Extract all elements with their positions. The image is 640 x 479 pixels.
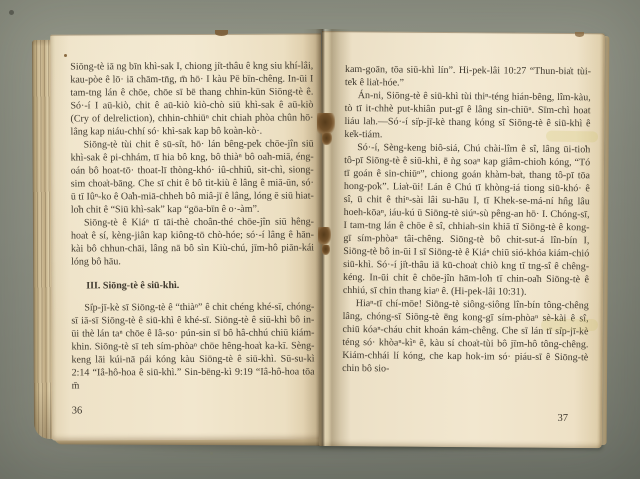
paragraph: Só·-í, Sèng-keng biô-siá, Chú chài-lîm ê…	[343, 141, 590, 299]
page-number-left: 36	[72, 405, 83, 416]
paragraph: Siōng-tè tùi chit ê sū-si̍t, hō· lán bên…	[71, 137, 314, 216]
paragraph: Án-ni, Siōng-tè ê siū-khì tùi thiⁿ-téng …	[344, 89, 590, 143]
paragraph: Siōng-tè iā ng bīn khì-sak I, chiong ji̍…	[70, 59, 313, 138]
paragraph: kam-goān, tōa siū-khì lín”. Hi-pek-lâi 1…	[345, 63, 591, 91]
section-heading: III. Siōng-tè ê siū-khì.	[71, 278, 314, 292]
paragraph: Si̍p-jī-kè sī Siōng-tè ê “thiàⁿ” ê chit …	[71, 300, 314, 392]
paragraph: Siōng-tè ê Kiáⁿ tī tāi-thè choân-thé chō…	[71, 215, 314, 268]
scanned-book-photo: Siōng-tè iā ng bīn khì-sak I, chiong ji̍…	[0, 0, 640, 479]
paragraph: Hiaⁿ-tī chí-mōe! Siōng-tè siông-siông lî…	[342, 297, 589, 377]
foxing-speck	[9, 10, 14, 15]
left-page: Siōng-tè iā ng bīn khì-sak I, chiong ji̍…	[50, 33, 323, 440]
open-book: Siōng-tè iā ng bīn khì-sak I, chiong ji̍…	[0, 0, 640, 479]
right-page-text-column: kam-goān, tōa siū-khì lín”. Hi-pek-lâi 1…	[342, 63, 591, 421]
page-number-right: 37	[557, 413, 568, 424]
right-page: kam-goān, tōa siū-khì lín”. Hi-pek-lâi 1…	[319, 31, 605, 448]
left-page-text-column: Siōng-tè iā ng bīn khì-sak I, chiong ji̍…	[70, 59, 315, 406]
